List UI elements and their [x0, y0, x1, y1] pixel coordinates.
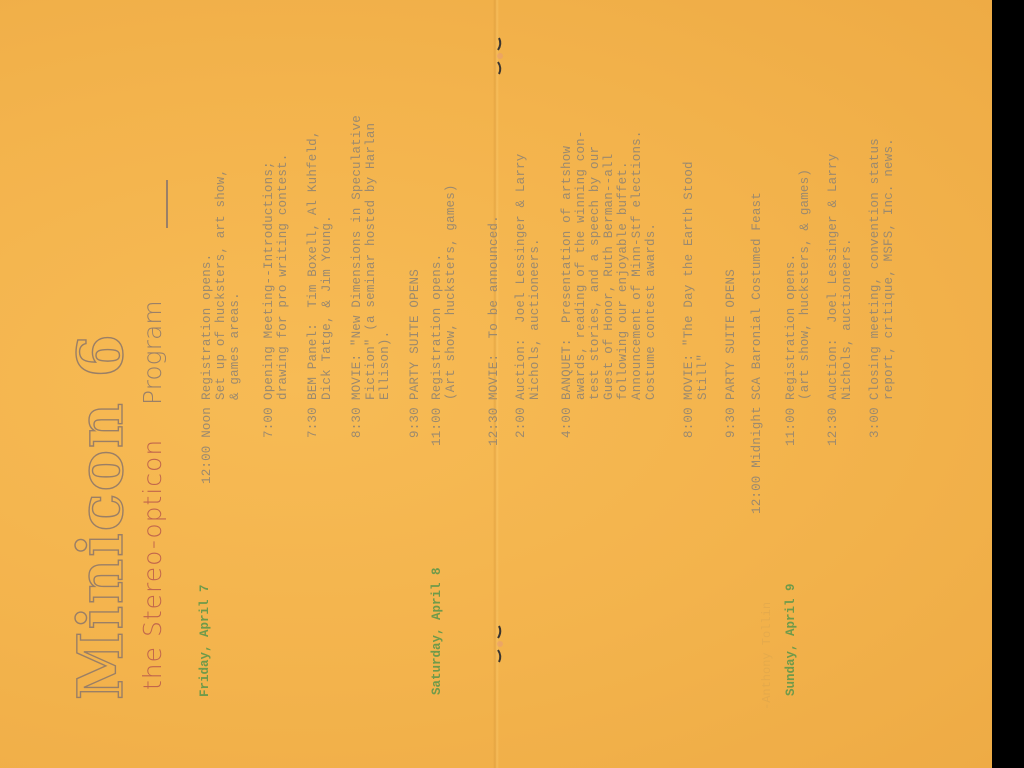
- event-time: 12:30: [487, 407, 501, 446]
- program-heading: Program: [138, 300, 167, 405]
- day-heading-sunday: Sunday, April 9: [784, 583, 798, 696]
- event-time: 2:00: [514, 408, 528, 439]
- event-description: MOVIE: "New Dimensions in Speculative Fi…: [350, 115, 392, 400]
- event-time: 7:30: [306, 408, 320, 439]
- event-description: Registration opens. Set up of hucksters,…: [200, 169, 242, 400]
- day-heading-saturday: Saturday, April 8: [430, 567, 444, 695]
- event-time: 11:00: [784, 407, 798, 446]
- heading-dash: [166, 180, 168, 228]
- staple-icon: [494, 36, 504, 76]
- event-description: PARTY SUITE OPENS: [408, 269, 422, 400]
- event-time: 11:00: [430, 407, 444, 446]
- event-description: BANQUET: Presentation of artshow awards,…: [560, 130, 658, 400]
- event-title: Minicon 6: [64, 332, 137, 700]
- event-description: Registration opens. (art show, hucksters…: [784, 169, 812, 400]
- event-time: 7:00: [262, 408, 276, 439]
- event-description: Opening Meeting--Introductions; drawing …: [262, 154, 290, 400]
- staple-icon: [494, 624, 504, 664]
- event-time: 9:30: [408, 408, 422, 439]
- event-description: BEM Panel: Tim Boxell, Al Kuhfeld, Dick …: [306, 130, 334, 400]
- event-time: 8:30: [350, 408, 364, 439]
- event-description: Registration opens. (Art show, hucksters…: [430, 184, 458, 400]
- event-subtitle: the Stereo-opticon: [138, 439, 167, 690]
- event-time: 3:00: [868, 408, 882, 439]
- event-time: 8:00: [682, 408, 696, 439]
- bleed-through-signature: -Anthony Tollin: [760, 602, 774, 710]
- event-description: MOVIE: To be announced.: [487, 215, 501, 400]
- event-time: 12:30: [826, 407, 840, 446]
- event-time: 12:00 Midnight: [750, 407, 764, 515]
- event-description: PARTY SUITE OPENS: [724, 269, 738, 400]
- event-description: Auction: Joel Lessinger & Larry Nichols,…: [514, 154, 542, 400]
- event-description: SCA Baronial Costumed Feast: [750, 192, 764, 400]
- day-heading-friday: Friday, April 7: [198, 584, 212, 697]
- event-time: 12:00 Noon: [200, 407, 214, 484]
- event-description: Closing meeting, convention status repor…: [868, 138, 896, 400]
- program-page: -Anthony Tollin Minicon 6 the Stereo-opt…: [0, 0, 992, 768]
- event-description: Auction: Joel Lessinger & Larry Nichols,…: [826, 154, 854, 400]
- event-description: MOVIE: "The Day the Earth Stood Still": [682, 161, 710, 400]
- event-time: 4:00: [560, 408, 574, 439]
- event-time: 9:30: [724, 408, 738, 439]
